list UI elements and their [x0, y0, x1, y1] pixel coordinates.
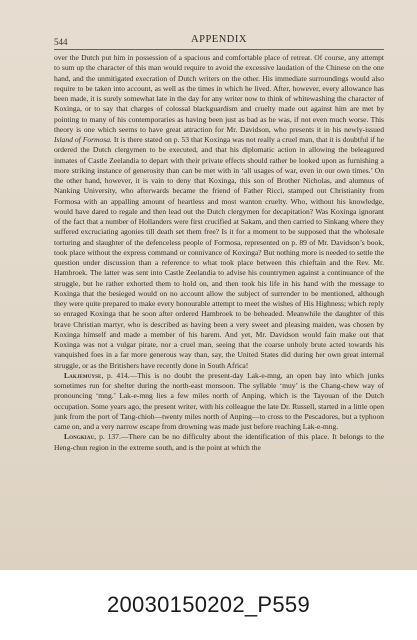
- entry-term: Lakjemuyse: [64, 371, 101, 380]
- entry-lakjemuyse: Lakjemuyse, p. 414.—This is no doubt the…: [54, 371, 384, 433]
- entry-text: , p. 414.—This is no doubt the present-d…: [54, 371, 384, 431]
- book-title: Island of Formosa.: [54, 135, 112, 144]
- running-head: APPENDIX: [54, 34, 384, 45]
- image-caption: 20030150202_P559: [0, 592, 417, 618]
- entry-term: Longkiau: [64, 432, 94, 441]
- text-run: It is there stated on p. 53 that Koxinga…: [54, 135, 384, 370]
- entry-text: , p. 137.—There can be no difficulty abo…: [54, 432, 384, 451]
- body-text: over the Dutch put him in possession of …: [54, 53, 384, 453]
- entry-longkiau: Longkiau, p. 137.—There can be no diffic…: [54, 432, 384, 453]
- scanned-page: 544 APPENDIX over the Dutch put him in p…: [0, 0, 417, 570]
- page-header: 544 APPENDIX: [54, 33, 384, 50]
- text-run: over the Dutch put him in possession of …: [54, 53, 384, 134]
- paragraph-koxinga: over the Dutch put him in possession of …: [54, 53, 384, 371]
